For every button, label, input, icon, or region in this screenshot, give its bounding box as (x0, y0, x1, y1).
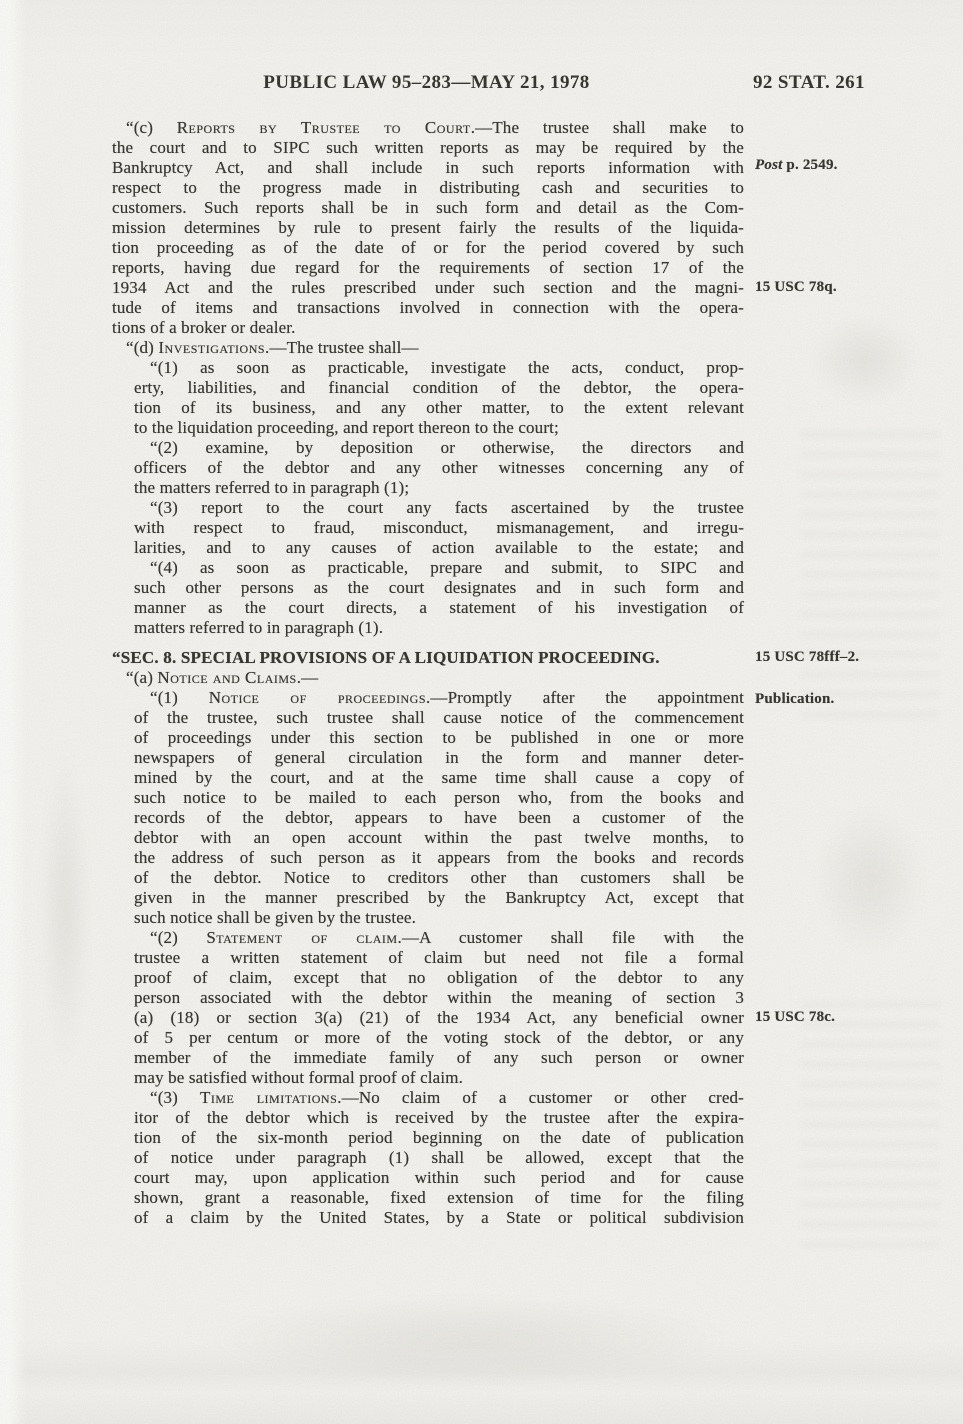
statute-text-line: mined by the court, and at the same time… (112, 768, 744, 788)
statute-text-line: mission determines by rule to present fa… (112, 218, 744, 238)
statute-text-line: “(d) Investigations.—The trustee shall— (112, 338, 744, 358)
statute-text-line: Bankruptcy Act, and shall include in suc… (112, 158, 744, 178)
statute-page: PUBLIC LAW 95–283—MAY 21, 1978 92 STAT. … (0, 0, 963, 1424)
law-title-cell: PUBLIC LAW 95–283—MAY 21, 1978 (112, 72, 741, 94)
statute-text-line: 1934 Act and the rules prescribed under … (112, 278, 744, 298)
statute-text-line: member of the immediate family of any su… (112, 1048, 744, 1068)
statute-text-line: “SEC. 8. SPECIAL PROVISIONS OF A LIQUIDA… (112, 648, 744, 668)
statute-text-line: tions of a broker or dealer. (112, 318, 744, 338)
statute-text-line: trustee a written statement of claim but… (112, 948, 744, 968)
statute-text-line: tude of items and transactions involved … (112, 298, 744, 318)
statute-text-line: given in the manner prescribed by the Ba… (112, 888, 744, 908)
page-content: PUBLIC LAW 95–283—MAY 21, 1978 92 STAT. … (112, 72, 958, 1228)
statute-text-line: may be satisfied without formal proof of… (112, 1068, 744, 1088)
margin-note-post: Post p. 2549. (755, 156, 955, 174)
statute-text-line: debtor with an open account within the p… (112, 828, 744, 848)
statute-text-line: matters referred to in paragraph (1). (112, 618, 744, 638)
statute-text-line: records of the debtor, appears to have b… (112, 808, 744, 828)
statute-text-line: of the debtor. Notice to creditors other… (112, 868, 744, 888)
statute-text-line: “(2) Statement of claim.—A customer shal… (112, 928, 744, 948)
statute-text-line: of notice under paragraph (1) shall be a… (112, 1148, 744, 1168)
law-title: PUBLIC LAW 95–283—MAY 21, 1978 (263, 72, 589, 93)
statute-text-line: “(2) examine, by deposition or otherwise… (112, 438, 744, 458)
statute-text-line: “(1) as soon as practicable, investigate… (112, 358, 744, 378)
margin-note-usc-78c: 15 USC 78c. (755, 1008, 955, 1026)
statute-text-line: such notice shall be given by the truste… (112, 908, 744, 928)
margin-note-usc-78fff-2: 15 USC 78fff–2. (755, 648, 955, 666)
statute-text-line: the matters referred to in paragraph (1)… (112, 478, 744, 498)
statute-text-line: “(1) Notice of proceedings.—Promptly aft… (112, 688, 744, 708)
statute-text-line: proof of claim, except that no obligatio… (112, 968, 744, 988)
margin-note-usc-78q: 15 USC 78q. (755, 278, 955, 296)
statute-text-line: “(3) report to the court any facts ascer… (112, 498, 744, 518)
statute-text-line: such other persons as the court designat… (112, 578, 744, 598)
statute-text-line: larities, and to any causes of action av… (112, 538, 744, 558)
statute-text-line: such notice to be mailed to each person … (112, 788, 744, 808)
statute-text-line: shown, grant a reasonable, fixed extensi… (112, 1188, 744, 1208)
statute-text-line: tion proceeding as of the date of or for… (112, 238, 744, 258)
running-head: PUBLIC LAW 95–283—MAY 21, 1978 92 STAT. … (112, 72, 958, 94)
bleedthrough-smudge (120, 1280, 820, 1400)
statute-text-line: customers. Such reports shall be in such… (112, 198, 744, 218)
statute-text-line: with respect to fraud, misconduct, misma… (112, 518, 744, 538)
stat-page-number: 92 STAT. 261 (753, 72, 865, 93)
statute-text-line: itor of the debtor which is received by … (112, 1108, 744, 1128)
statute-text-line: “(3) Time limitations.—No claim of a cus… (112, 1088, 744, 1108)
statute-text-line: the court and to SIPC such written repor… (112, 138, 744, 158)
statute-text-line: respect to the progress made in distribu… (112, 178, 744, 198)
bleedthrough-smudge (30, 700, 100, 1120)
statute-text-line: newspapers of general circulation in the… (112, 748, 744, 768)
statute-text-line: to the liquidation proceeding, and repor… (112, 418, 744, 438)
statute-text-line: erty, liabilities, and financial conditi… (112, 378, 744, 398)
statute-text-line: the address of such person as it appears… (112, 848, 744, 868)
statute-text-line: court may, upon application within such … (112, 1168, 744, 1188)
statute-text-line: “(a) Notice and Claims.— (112, 668, 744, 688)
statute-text-line: officers of the debtor and any other wit… (112, 458, 744, 478)
statute-body: Post p. 2549. 15 USC 78q. 15 USC 78fff–2… (112, 118, 744, 1228)
statute-text-line: tion of its business, and any other matt… (112, 398, 744, 418)
statute-text-line: manner as the court directs, a statement… (112, 598, 744, 618)
stat-page-cell: 92 STAT. 261 (741, 72, 958, 94)
statute-text-line: of proceedings under this section to be … (112, 728, 744, 748)
statute-text-line: “(4) as soon as practicable, prepare and… (112, 558, 744, 578)
statute-text-line: “(c) Reports by Trustee to Court.—The tr… (112, 118, 744, 138)
statute-text-line: of 5 per centum or more of the voting st… (112, 1028, 744, 1048)
statute-text-line: person associated with the debtor within… (112, 988, 744, 1008)
margin-note-post-lead: Post (755, 157, 782, 173)
statute-text-line: of the trustee, such trustee shall cause… (112, 708, 744, 728)
margin-note-publication: Publication. (755, 690, 955, 708)
statute-text-line: of a claim by the United States, by a St… (112, 1208, 744, 1228)
statute-text-line: reports, having due regard for the requi… (112, 258, 744, 278)
margin-note-post-rest: p. 2549. (782, 157, 837, 173)
statute-text-line: tion of the six-month period beginning o… (112, 1128, 744, 1148)
statute-text-line: (a) (18) or section 3(a) (21) of the 193… (112, 1008, 744, 1028)
